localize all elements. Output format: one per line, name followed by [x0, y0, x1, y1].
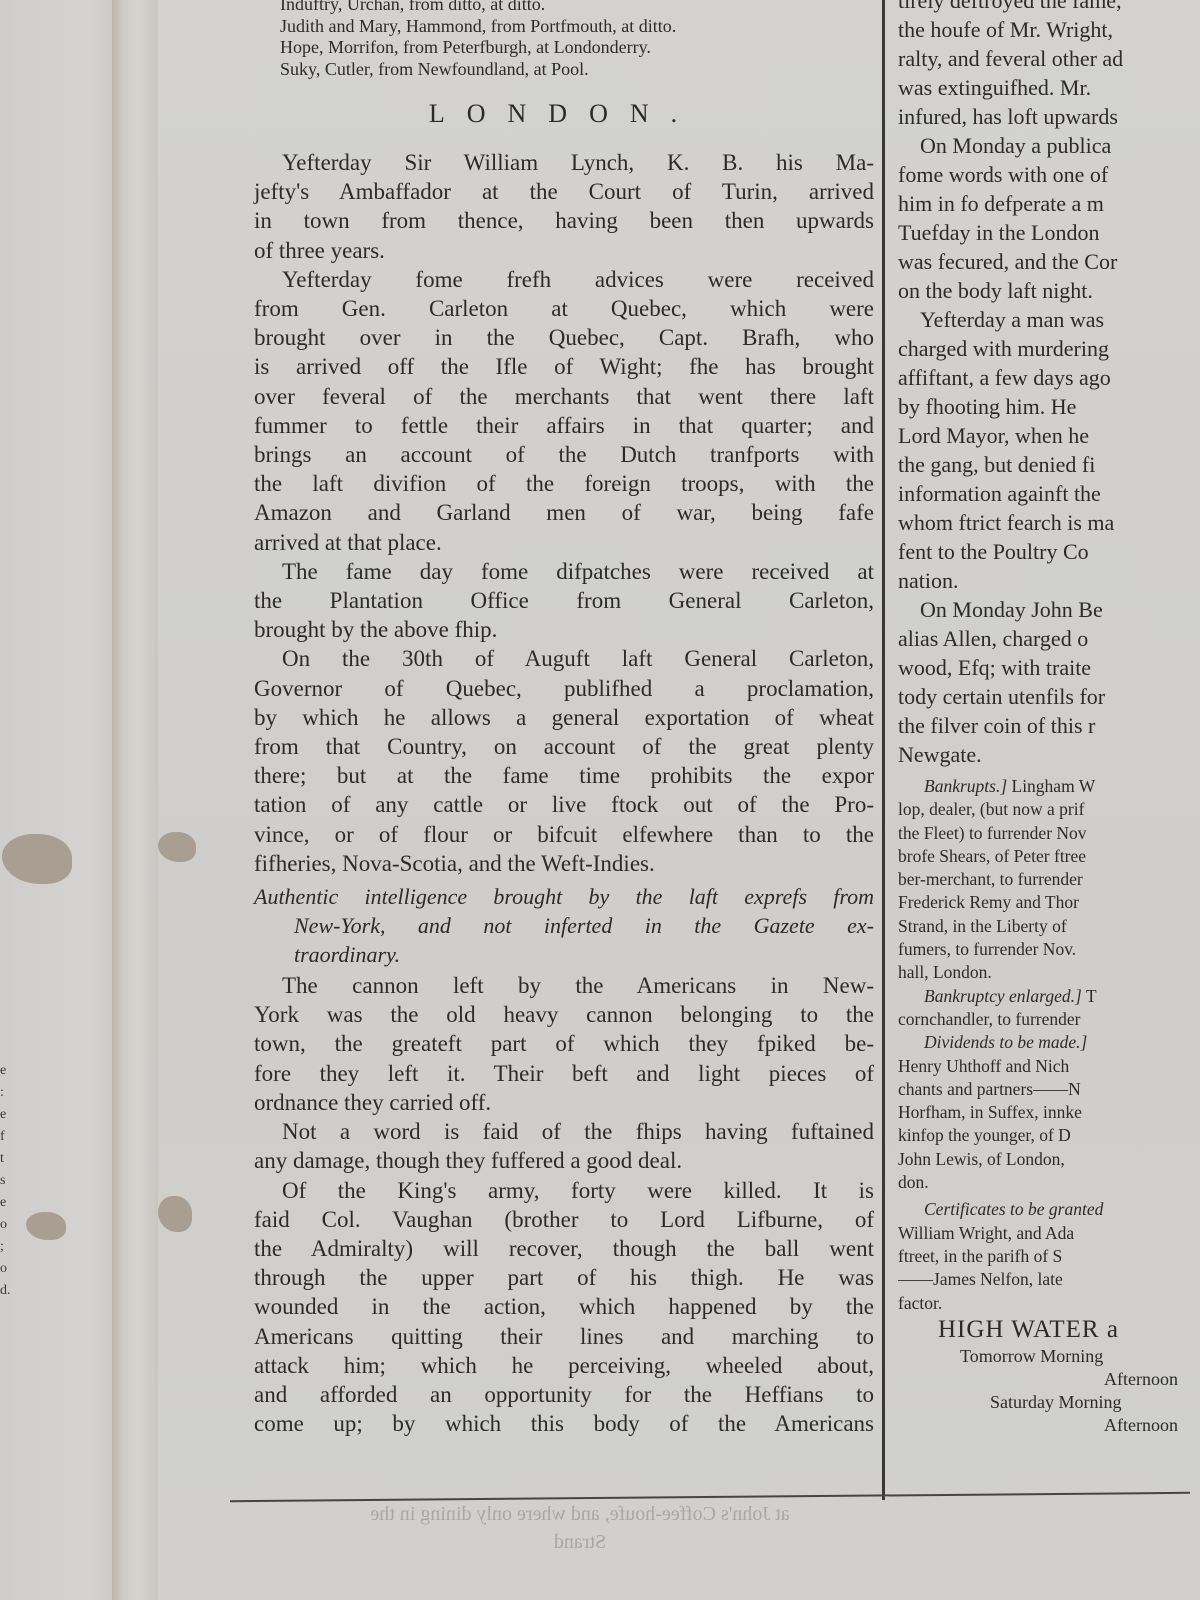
text-line: New-York, and not inferted in the Gazete…	[254, 911, 874, 940]
paragraph-kings-army: Of the King's army, forty were killed. I…	[254, 1176, 874, 1439]
facing-page-fragments: e : e f t s e o ; o d.	[0, 1060, 20, 1302]
section-heading-london: LONDON.	[254, 84, 874, 144]
text-line: the Plantation Office from General Carle…	[254, 586, 874, 615]
margin-char: e	[0, 1192, 20, 1214]
text-line: by which he allows a general exportation…	[254, 703, 874, 732]
text-line: Newgate.	[898, 740, 1200, 769]
text-line: chants and partners——N	[898, 1078, 1200, 1101]
paragraph-cannon: The cannon left by the Americans in New-…	[254, 971, 874, 1117]
bankrupts-notice: Bankrupts.] Lingham W lop, dealer, (but …	[898, 775, 1200, 985]
notice-label: Bankrupts.]	[924, 776, 1007, 796]
paragraph-publican: On Monday a publica fome words with one …	[898, 131, 1200, 305]
text-line: tirely deftroyed the fame,	[898, 0, 1200, 15]
text-line: from that Country, on account of the gre…	[254, 732, 874, 761]
text-line: Amazon and Garland men of war, being faf…	[254, 498, 874, 527]
text-line: faid Col. Vaughan (brother to Lord Lifbu…	[254, 1205, 874, 1234]
text-line: John Lewis, of London,	[898, 1148, 1200, 1171]
text-line: On the 30th of Auguft laft General Carle…	[254, 644, 874, 673]
text-line: ralty, and feveral other ad	[898, 44, 1200, 73]
paragraph-murder: Yefterday a man was charged with murderi…	[898, 305, 1200, 595]
text-line: Tuefday in the London	[898, 218, 1200, 247]
text-line: the Fleet) to furrender Nov	[898, 822, 1200, 845]
text-line: arrived at that place.	[254, 528, 874, 557]
margin-char: f	[0, 1126, 20, 1148]
text-line: T	[1086, 986, 1097, 1006]
text-line: in town from thence, having been then up…	[254, 206, 874, 235]
text-line: kinfop the younger, of D	[898, 1124, 1200, 1147]
text-line: the Admiralty) will recover, though the …	[254, 1234, 874, 1263]
text-line: Yefterday fome frefh advices were receiv…	[254, 265, 874, 294]
text-line: Yefterday a man was	[898, 305, 1200, 334]
text-line: Henry Uhthoff and Nich	[898, 1055, 1200, 1078]
paragraph-dispatches: The fame day fome difpatches were receiv…	[254, 557, 874, 645]
text-line: ——James Nelfon, late	[898, 1268, 1200, 1291]
text-line: infured, has loft upwards	[898, 102, 1200, 131]
high-water-row: Tomorrow Morning	[898, 1345, 1200, 1368]
text-line: fent to the Poultry Co	[898, 537, 1200, 566]
text-line: is arrived off the Ifle of Wight; fhe ha…	[254, 352, 874, 381]
text-line: Lingham W	[1012, 776, 1096, 796]
right-column: tirely deftroyed the fame, the houfe of …	[898, 0, 1200, 1437]
high-water-row: Afternoon	[898, 1414, 1200, 1437]
text-line: through the upper part of his thigh. He …	[254, 1263, 874, 1292]
text-line: attack him; which he perceiving, wheeled…	[254, 1351, 874, 1380]
bleed-through-text: at John's Coffee-houfe, and where only d…	[300, 1500, 860, 1556]
text-line: Frederick Remy and Thor	[898, 891, 1200, 914]
text-line: there; but at the fame time prohibits th…	[254, 761, 874, 790]
ship-news-list: Induftry, Urchan, from ditto, at ditto. …	[254, 0, 874, 80]
text-line: from Gen. Carleton at Quebec, which were	[254, 294, 874, 323]
margin-char: ;	[0, 1236, 20, 1258]
text-line: alias Allen, charged o	[898, 624, 1200, 653]
text-line: was fecured, and the Cor	[898, 247, 1200, 276]
notice-label: Certificates to be granted	[924, 1199, 1103, 1219]
text-line: Horfham, in Suffex, innke	[898, 1101, 1200, 1124]
paragraph-lynch: Yefterday Sir William Lynch, K. B. his M…	[254, 148, 874, 265]
margin-char: :	[0, 1082, 20, 1104]
paper-damage-hole	[158, 1196, 192, 1232]
text-line: of three years.	[254, 236, 874, 265]
text-line: whom ftrict fearch is ma	[898, 508, 1200, 537]
margin-char: s	[0, 1170, 20, 1192]
paragraph-proclamation: On the 30th of Auguft laft General Carle…	[254, 644, 874, 878]
text-line: wounded in the action, which happened by…	[254, 1292, 874, 1321]
text-line: at John's Coffee-houfe, and where only d…	[300, 1500, 860, 1528]
high-water-row: Afternoon	[898, 1368, 1200, 1391]
margin-char: d.	[0, 1280, 20, 1302]
text-line: vince, or of flour or bifcuit elfewhere …	[254, 820, 874, 849]
ship-entry: Suky, Cutler, from Newfoundland, at Pool…	[254, 59, 874, 81]
italic-subheading: Authentic intelligence brought by the la…	[254, 882, 874, 969]
text-line: by fhooting him. He	[898, 392, 1200, 421]
text-line: ber-merchant, to furrender	[898, 868, 1200, 891]
text-line: brings an account of the Dutch tranfport…	[254, 440, 874, 469]
text-line: lop, dealer, (but now a prif	[898, 798, 1200, 821]
text-line: town, the greateft part of which they fp…	[254, 1029, 874, 1058]
ship-entry: Hope, Morrifon, from Peterfburgh, at Lon…	[254, 37, 874, 59]
text-line: Strand	[300, 1528, 860, 1556]
paragraph-ships-damage: Not a word is faid of the fhips having f…	[254, 1117, 874, 1175]
margin-char: t	[0, 1148, 20, 1170]
ship-entry: Judith and Mary, Hammond, from Portfmout…	[254, 16, 874, 38]
text-line: cornchandler, to furrender	[898, 1008, 1200, 1031]
text-line: fome words with one of	[898, 160, 1200, 189]
paragraph-coiner: On Monday John Be alias Allen, charged o…	[898, 595, 1200, 769]
text-line: hall, London.	[898, 961, 1200, 984]
paragraph-fire: tirely deftroyed the fame, the houfe of …	[898, 0, 1200, 131]
text-line: brofe Shears, of Peter ftree	[898, 845, 1200, 868]
bankruptcy-enlarged-notice: Bankruptcy enlarged.] T cornchandler, to…	[898, 985, 1200, 1032]
text-line: On Monday a publica	[898, 131, 1200, 160]
text-line: information againft the	[898, 479, 1200, 508]
text-line: The cannon left by the Americans in New-	[254, 971, 874, 1000]
paper-damage-hole	[158, 832, 196, 862]
text-line: ftreet, in the parifh of S	[898, 1245, 1200, 1268]
facing-page-edge	[0, 0, 128, 1600]
text-line: the filver coin of this r	[898, 711, 1200, 740]
text-line: brought by the above fhip.	[254, 615, 874, 644]
page-fold-gutter	[112, 0, 159, 1600]
margin-char: e	[0, 1104, 20, 1126]
column-divider-rule	[882, 0, 885, 1500]
text-line: on the body laft night.	[898, 276, 1200, 305]
text-line: The fame day fome difpatches were receiv…	[254, 557, 874, 586]
margin-char: o	[0, 1258, 20, 1280]
text-line: ordnance they carried off.	[254, 1088, 874, 1117]
text-line: Not a word is faid of the fhips having f…	[254, 1117, 874, 1146]
margin-char: e	[0, 1060, 20, 1082]
text-line: tody certain utenfils for	[898, 682, 1200, 711]
text-line: the houfe of Mr. Wright,	[898, 15, 1200, 44]
text-line: Authentic intelligence brought by the la…	[254, 882, 874, 911]
text-line: the gang, but denied fi	[898, 450, 1200, 479]
text-line: Yefterday Sir William Lynch, K. B. his M…	[254, 148, 874, 177]
text-line: fore they left it. Their beft and light …	[254, 1059, 874, 1088]
text-line: Of the King's army, forty were killed. I…	[254, 1176, 874, 1205]
text-line: fifheries, Nova-Scotia, and the Weft-Ind…	[254, 849, 874, 878]
high-water-table: HIGH WATER a Tomorrow Morning Afternoon …	[898, 1315, 1200, 1437]
text-line: factor.	[898, 1292, 1200, 1315]
text-line: William Wright, and Ada	[898, 1222, 1200, 1245]
margin-char: o	[0, 1214, 20, 1236]
text-line: Americans quitting their lines and march…	[254, 1322, 874, 1351]
certificates-notice: Certificates to be granted William Wrigh…	[898, 1198, 1200, 1314]
text-line: Governor of Quebec, publifhed a proclama…	[254, 674, 874, 703]
text-line: fumers, to furrender Nov.	[898, 938, 1200, 961]
text-line: come up; by which this body of the Ameri…	[254, 1409, 874, 1438]
text-line: York was the old heavy cannon belonging …	[254, 1000, 874, 1029]
text-line: and afforded an opportunity for the Heff…	[254, 1380, 874, 1409]
text-line: traordinary.	[254, 940, 874, 969]
text-line: affiftant, a few days ago	[898, 363, 1200, 392]
paragraph-quebec-advices: Yefterday fome frefh advices were receiv…	[254, 265, 874, 557]
dividends-notice: Dividends to be made.] Henry Uhthoff and…	[898, 1031, 1200, 1194]
notice-label: Dividends to be made.]	[924, 1032, 1087, 1052]
text-line: jefty's Ambaffador at the Court of Turin…	[254, 177, 874, 206]
text-line: over feveral of the merchants that went …	[254, 382, 874, 411]
text-line: him in fo defperate a m	[898, 189, 1200, 218]
text-line: any damage, though they fuffered a good …	[254, 1146, 874, 1175]
text-line: Strand, in the Liberty of	[898, 915, 1200, 938]
text-line: wood, Efq; with traite	[898, 653, 1200, 682]
text-line: nation.	[898, 566, 1200, 595]
text-line: fummer to fettle their affairs in that q…	[254, 411, 874, 440]
text-line: the laft divifion of the foreign troops,…	[254, 469, 874, 498]
text-line: charged with murdering	[898, 334, 1200, 363]
text-line: don.	[898, 1171, 1200, 1194]
high-water-row: Saturday Morning	[898, 1391, 1200, 1414]
text-line: On Monday John Be	[898, 595, 1200, 624]
text-line: brought over in the Quebec, Capt. Brafh,…	[254, 323, 874, 352]
notice-label: Bankruptcy enlarged.]	[924, 986, 1082, 1006]
ship-entry: Induftry, Urchan, from ditto, at ditto.	[254, 0, 874, 16]
text-line: tation of any cattle or live ftock out o…	[254, 790, 874, 819]
main-column: Induftry, Urchan, from ditto, at ditto. …	[254, 0, 874, 1438]
high-water-title: HIGH WATER a	[898, 1315, 1200, 1345]
text-line: Lord Mayor, when he	[898, 421, 1200, 450]
text-line: was extinguifhed. Mr.	[898, 73, 1200, 102]
